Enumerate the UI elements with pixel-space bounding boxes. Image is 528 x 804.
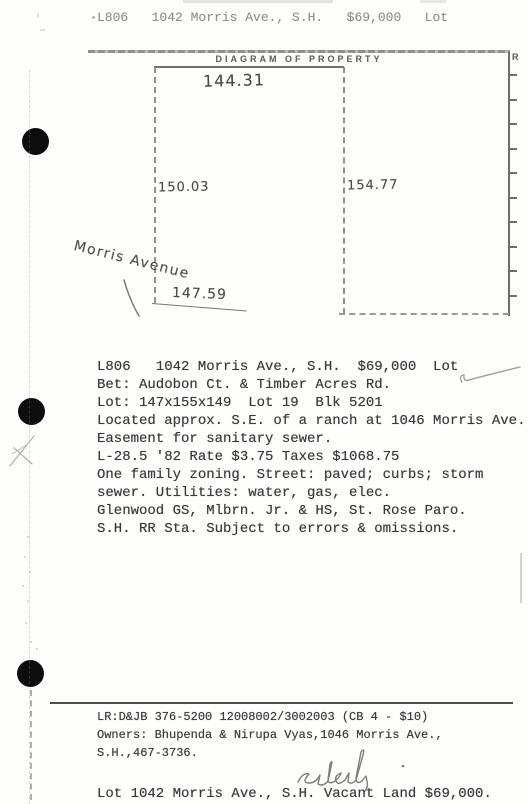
scan-smudge [420, 0, 446, 3]
typed-line: One family zoning. Street: paved; curbs;… [97, 466, 525, 484]
scan-speck [27, 600, 29, 602]
scan-speck [25, 622, 27, 624]
ruler-tick [508, 123, 517, 125]
closing-line: Lot 1042 Morris Ave., S.H. Vacant Land $… [97, 786, 492, 802]
ruler-tick [508, 295, 517, 297]
diagram-top-rule [88, 50, 510, 53]
typed-line: sewer. Utilities: water, gas, elec. [97, 484, 525, 502]
typed-line: LR:D&JB 376-5200 12008002/3002003 (CB 4 … [97, 708, 443, 726]
scan-smudge [37, 13, 39, 17]
ruler-tick [508, 99, 517, 101]
scan-speck [24, 556, 26, 558]
diagram-title: DIAGRAM OF PROPERTY [88, 54, 510, 64]
typed-line: Easement for sanitary sewer. [97, 430, 525, 448]
diagram-edge-label: R [512, 52, 519, 62]
typed-line: L-28.5 '82 Rate $3.75 Taxes $1068.75 [97, 448, 525, 466]
scan-edge-streak [520, 553, 522, 603]
scan-speck [30, 641, 32, 643]
punch-hole-top [22, 128, 49, 155]
typed-line: Located approx. S.E. of a ranch at 1046 … [97, 412, 525, 430]
lot-line-bottom [152, 303, 247, 311]
dimension-right: 154.77 [347, 178, 399, 194]
ruler-tick [508, 246, 517, 248]
scanned-property-card: { "document": { "header_line": "L806 104… [0, 0, 528, 804]
dimension-left: 150.03 [158, 180, 210, 196]
diagram-ruler-ticks [508, 74, 518, 324]
punch-hole-bottom [17, 660, 44, 687]
ruler-tick [508, 270, 517, 272]
pencil-x-mark [2, 428, 47, 476]
ruler-tick [508, 221, 517, 223]
scan-speck [36, 648, 38, 650]
pencil-check-mark [452, 360, 527, 388]
scan-smudge [183, 0, 333, 3]
header-listing-line: L806 1042 Morris Ave., S.H. $69,000 Lot [97, 10, 448, 25]
binding-crease-line-dark [30, 690, 32, 800]
scan-smudge [40, 29, 45, 31]
diagram-bottom-dashed-line [339, 313, 509, 315]
ruler-tick [508, 172, 517, 174]
scan-speck [22, 585, 24, 587]
lot-line-right [343, 67, 345, 314]
ruler-tick [508, 148, 517, 150]
dimension-top: 144.31 [203, 70, 265, 91]
punch-hole-middle [18, 398, 45, 425]
lot-line-top [154, 66, 344, 68]
ruler-tick [508, 197, 517, 199]
street-curve-mark [118, 276, 146, 320]
footer-divider-rule [50, 702, 513, 704]
typed-line: Glenwood GS, Mlbrn. Jr. & HS, St. Rose P… [97, 502, 525, 520]
typed-line: Lot: 147x155x149 Lot 19 Blk 5201 [97, 394, 525, 412]
handwritten-scribble [288, 742, 410, 792]
dimension-bottom: 147.59 [172, 285, 228, 303]
header-stray-dot [92, 16, 95, 19]
typed-line: S.H. RR Sta. Subject to errors & omissio… [97, 520, 525, 538]
ruler-tick [508, 74, 517, 76]
scan-speck [27, 536, 29, 538]
scan-speck [29, 571, 31, 573]
